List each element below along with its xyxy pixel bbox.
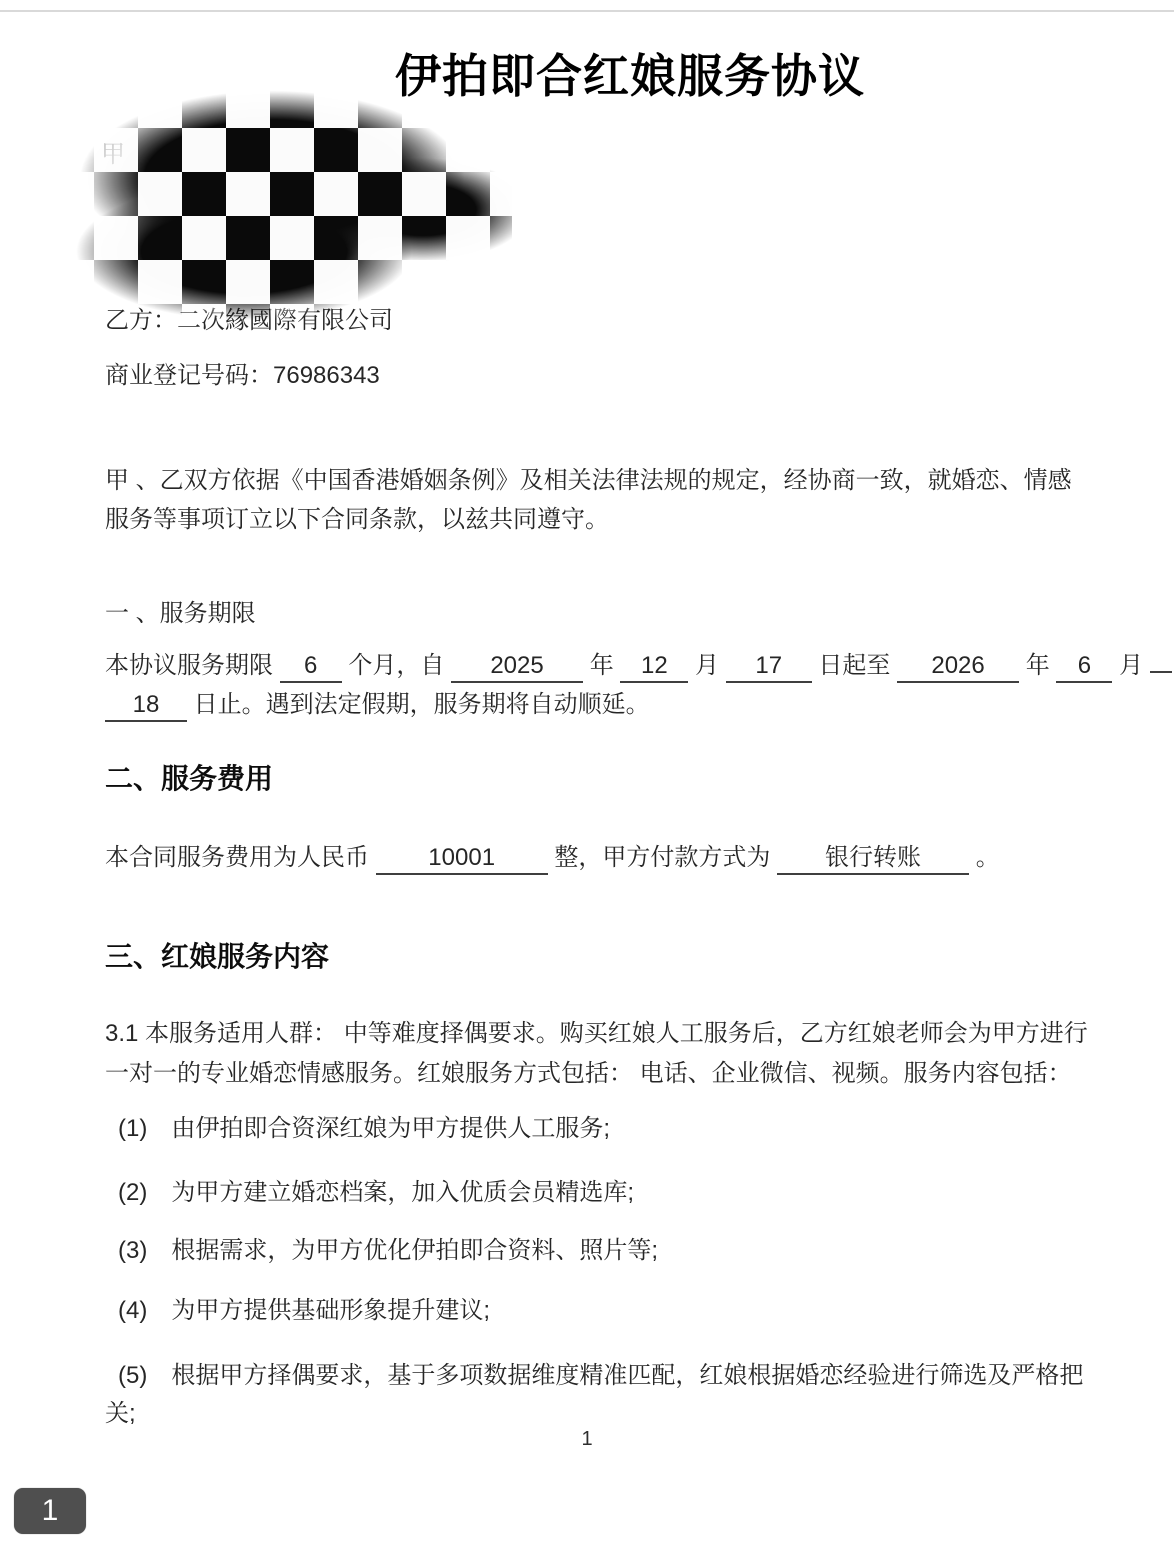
text-segment: 本合同服务费用为人民币	[105, 844, 369, 871]
end-month-blank: 6	[1056, 651, 1112, 683]
end-year-blank: 2026	[897, 651, 1019, 683]
text-segment: 年	[590, 652, 614, 679]
section-2-heading: 二、服务费用	[105, 758, 273, 800]
payment-method-blank: 银行转账	[777, 843, 969, 875]
fee-amount-blank: 10001	[376, 843, 548, 875]
service-term-line-2: 18 日止。遇到法定假期，服务期将自动顺延。	[105, 685, 650, 724]
text-segment: 。	[976, 844, 1000, 871]
document-page: { "doc": { "title": "伊拍即合红娘服务协议", "party…	[0, 0, 1174, 1542]
end-day-blank: 18	[105, 690, 187, 722]
start-day-blank: 17	[726, 651, 812, 683]
checkerboard-redaction-overlay	[42, 80, 512, 325]
registration-number-line: 商业登记号码：76986343	[105, 356, 380, 395]
text-segment: 日止。遇到法定假期，服务期将自动顺延。	[194, 691, 650, 718]
service-item-5: (5) 根据甲方择偶要求，基于多项数据维度精准匹配，红娘根据婚恋经验进行筛选及严…	[118, 1356, 1083, 1395]
start-year-blank: 2025	[451, 651, 583, 683]
preamble-line-2: 服务等事项订立以下合同条款，以兹共同遵守。	[105, 500, 609, 539]
service-item-2: (2) 为甲方建立婚恋档案，加入优质会员精选库;	[118, 1173, 634, 1212]
text-segment: 本协议服务期限	[105, 652, 273, 679]
start-month-blank: 12	[620, 651, 688, 683]
service-term-line-1: 本协议服务期限 6 个月，自 2025 年 12 月 17 日起至 2026 年…	[105, 646, 1172, 685]
text-segment: 月	[695, 652, 719, 679]
text-segment: 年	[1026, 652, 1050, 679]
page-top-divider	[0, 10, 1174, 12]
service-item-4: (4) 为甲方提供基础形象提升建议;	[118, 1291, 490, 1330]
text-segment: 个月，自	[348, 652, 444, 679]
page-indicator-badge: 1	[14, 1488, 86, 1534]
service-item-1: (1) 由伊拍即合资深红娘为甲方提供人工服务;	[118, 1109, 610, 1148]
service-item-3: (3) 根据需求，为甲方优化伊拍即合资料、照片等;	[118, 1231, 658, 1270]
section-3-heading: 三、红娘服务内容	[105, 936, 329, 978]
service-fee-line: 本合同服务费用为人民币 10001 整，甲方付款方式为 银行转账 。	[105, 838, 1000, 877]
matchmaking-intro-line-2: 一对一的专业婚恋情感服务。红娘服务方式包括： 电话、企业微信、视频。服务内容包括…	[105, 1054, 1072, 1093]
matchmaking-intro-line-1: 3.1 本服务适用人群： 中等难度择偶要求。购买红娘人工服务后，乙方红娘老师会为…	[105, 1014, 1088, 1053]
text-segment: 日起至	[818, 652, 890, 679]
text-segment: 月	[1119, 652, 1143, 679]
end-day-blank-leader	[1150, 671, 1172, 673]
text-segment: 整，甲方付款方式为	[554, 844, 770, 871]
preamble-line-1: 甲 、乙双方依据《中国香港婚姻条例》及相关法律法规的规定，经协商一致，就婚恋、情…	[105, 461, 1072, 500]
page-number: 1	[0, 1428, 1174, 1451]
term-months-blank: 6	[280, 651, 342, 683]
section-1-heading: 一 、服务期限	[105, 594, 256, 633]
